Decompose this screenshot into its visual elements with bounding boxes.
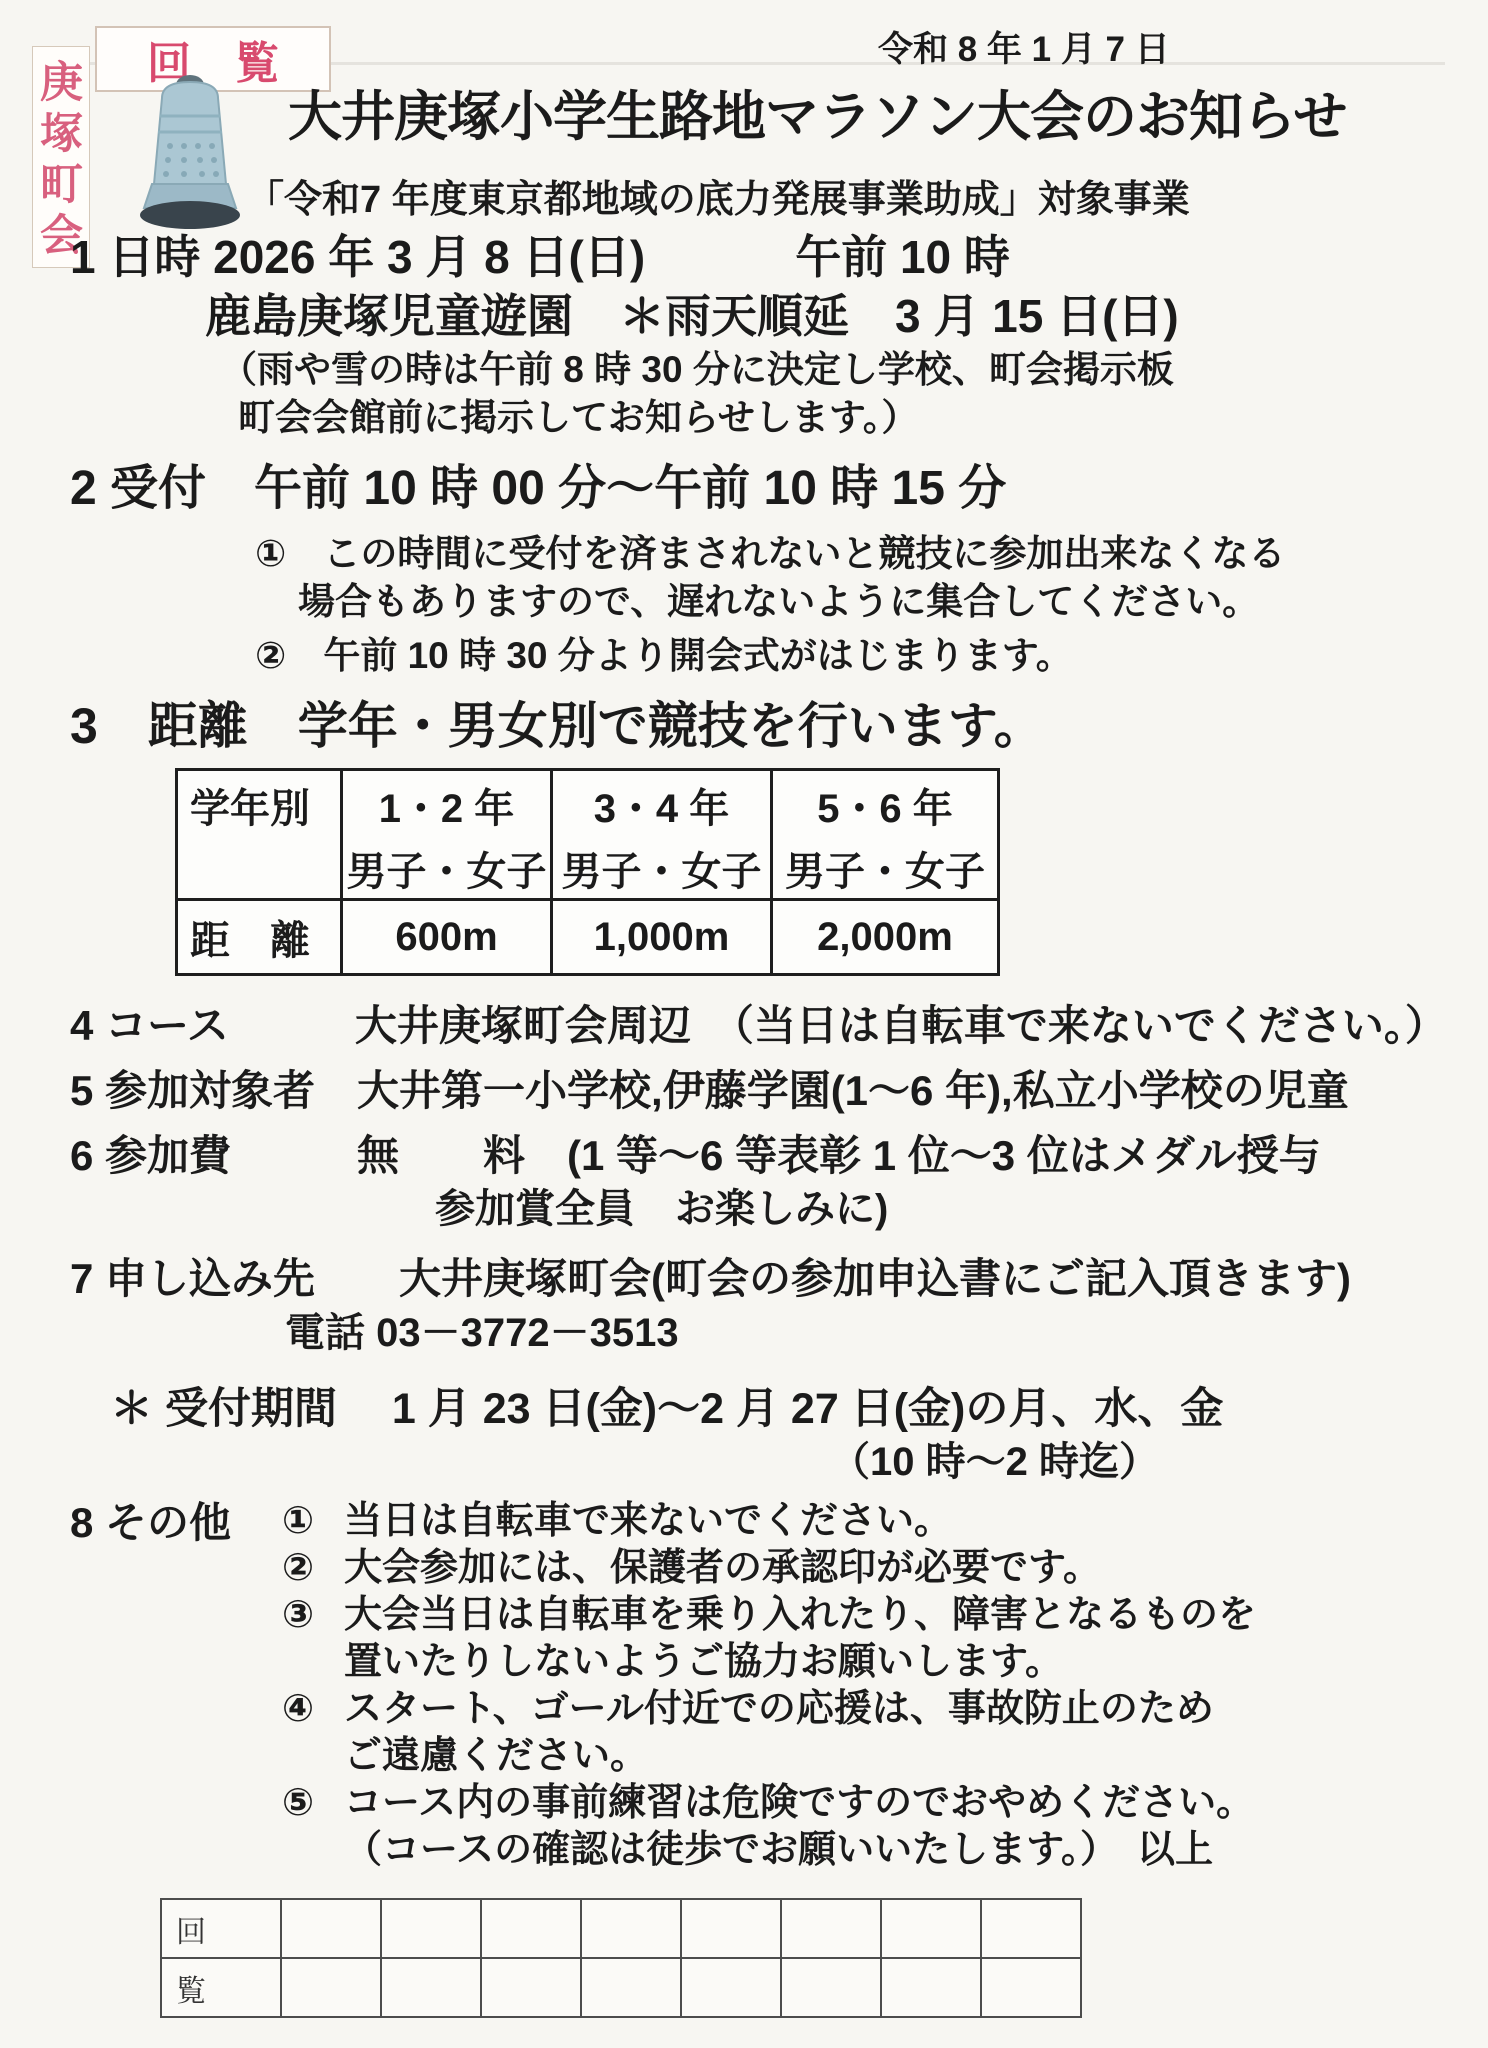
circulation-cell xyxy=(981,1899,1081,1958)
section3-heading: 3 距離 学年・男女別で競技を行います。 xyxy=(70,694,1462,758)
other-item-1: ① 当日は自転車で来ないでください。 xyxy=(282,1498,1462,1545)
circulation-row-1: 回 xyxy=(161,1899,1081,1958)
circulation-row-2: 覧 xyxy=(161,1958,1081,2017)
circulation-table: 回 覧 xyxy=(160,1898,1082,2018)
section1-rain-note-line2: 町会会館前に掲示してお知らせします。） xyxy=(238,394,1462,442)
item-text: 当日は自転車で来ないでください。 xyxy=(344,1500,952,1542)
section6-fee: 6 参加費 無 料 (1 等～6 等表彰 1 位～3 位はメダル授与 xyxy=(70,1128,1462,1183)
item-number: ⑤ xyxy=(282,1780,344,1874)
distance-value-3-4: 1,000m xyxy=(552,900,772,975)
circulation-cell xyxy=(881,1899,981,1958)
circulation-cell xyxy=(781,1958,881,2017)
circulation-cell xyxy=(481,1958,581,2017)
distance-row-label: 距 離 xyxy=(177,900,342,975)
other-item-5: ⑤ コース内の事前練習は危険ですのでおやめください。 （コースの確認は徒歩でお願… xyxy=(282,1780,1462,1874)
notice-body: 1 日時 2026 年 3 月 8 日(日)午前 10 時 鹿島庚塚児童遊園 ＊… xyxy=(70,228,1462,2018)
section7-application: 7 申し込み先 大井庚塚町会(町会の参加申込書にご記入頂きます) xyxy=(70,1251,1462,1306)
header-grade-3-4: 3・4 年 男子・女子 xyxy=(552,770,772,900)
circulation-label-ran: 覧 xyxy=(161,1958,281,2017)
item-text: （コースの確認は徒歩でお願いいたします。） 以上 xyxy=(344,1827,1462,1874)
section5-eligibility: 5 参加対象者 大井第一小学校,伊藤学園(1～6 年),私立小学校の児童 xyxy=(70,1063,1462,1118)
circulation-cell xyxy=(781,1899,881,1958)
table-header-row: 学年別 1・2 年 男子・女子 3・4 年 男子・女子 5・6 年 男子・女子 xyxy=(177,770,999,900)
circulation-cell xyxy=(681,1899,781,1958)
section1-date: 1 日時 2026 年 3 月 8 日(日) xyxy=(70,231,645,283)
item-text: この時間に受付を済まされないと競技に参加出来なくなる xyxy=(323,533,1285,574)
issue-date: 令和 8 年 1 月 7 日 xyxy=(878,22,1170,72)
item-number: ④ xyxy=(282,1686,344,1780)
item-number: ① xyxy=(255,533,286,574)
grade-range: 5・6 年 xyxy=(774,777,996,834)
section1-rain-note-line1: （雨や雪の時は午前 8 時 30 分に決定し学校、町会掲示板 xyxy=(220,346,1462,394)
item-number: ③ xyxy=(282,1592,344,1686)
item-number: ② xyxy=(255,635,286,676)
item-text: 大会参加には、保護者の承認印が必要です。 xyxy=(344,1547,1101,1589)
section1-heading: 1 日時 2026 年 3 月 8 日(日)午前 10 時 xyxy=(70,228,1462,286)
other-item-4: ④ スタート、ゴール付近での応援は、事故防止のため ご遠慮ください。 xyxy=(282,1686,1462,1780)
boys-girls-label: 男子・女子 xyxy=(554,834,769,897)
boys-girls-label: 男子・女子 xyxy=(344,834,549,897)
reception-period: ＊ 受付期間 1 月 23 日(金)～2 月 27 日(金)の月、水、金 xyxy=(110,1380,1462,1438)
circulation-cell xyxy=(481,1899,581,1958)
section8-other: 8 その他 ① 当日は自転車で来ないでください。 ② 大会参加には、保護者の承認… xyxy=(70,1498,1462,1874)
item-text: 置いたりしないようご協力お願いします。 xyxy=(344,1639,1462,1686)
section6-fee-continuation: 参加賞全員 お楽しみに) xyxy=(435,1183,1462,1235)
other-item-2: ② 大会参加には、保護者の承認印が必要です。 xyxy=(282,1545,1462,1592)
item-text: コース内の事前練習は危険ですのでおやめください。 xyxy=(344,1780,1462,1827)
grade-range: 1・2 年 xyxy=(344,777,549,834)
circulation-cell xyxy=(281,1958,381,2017)
section4-course: 4 コース 大井庚塚町会周辺 （当日は自転車で来ないでください。） xyxy=(70,998,1462,1053)
section2-item2: ② 午前 10 時 30 分より開会式がはじまります。 xyxy=(255,632,1462,680)
grade-range: 3・4 年 xyxy=(554,777,769,834)
distance-value-5-6: 2,000m xyxy=(772,900,999,975)
item-text: 大会当日は自転車を乗り入れたり、障害となるものを xyxy=(344,1592,1462,1639)
notice-document-page: 令和 8 年 1 月 7 日 回 覧 庚塚町会 大井庚塚小学生路地マラソン大会の… xyxy=(0,0,1488,2048)
circulation-label-kai: 回 xyxy=(161,1899,281,1958)
distance-table: 学年別 1・2 年 男子・女子 3・4 年 男子・女子 5・6 年 男子・女子 … xyxy=(175,768,1000,976)
circulation-cell xyxy=(381,1958,481,2017)
reception-hours: （10 時～2 時迄） xyxy=(830,1438,1462,1486)
section2-item1-line2: 場合もありますので、遅れないように集合してください。 xyxy=(298,578,1462,626)
section7-phone: 電話 03－3772－3513 xyxy=(285,1306,1462,1360)
header-grade-1-2: 1・2 年 男子・女子 xyxy=(342,770,552,900)
circulation-cell xyxy=(581,1899,681,1958)
item-text: 午前 10 時 30 分より開会式がはじまります。 xyxy=(323,635,1072,676)
item-number: ① xyxy=(282,1498,344,1545)
circulation-cell xyxy=(681,1958,781,2017)
section1-venue: 鹿島庚塚児童遊園 ＊雨天順延 3 月 15 日(日) xyxy=(205,286,1462,346)
item-text: スタート、ゴール付近での応援は、事故防止のため xyxy=(344,1686,1462,1733)
distance-value-1-2: 600m xyxy=(342,900,552,975)
table-distance-row: 距 離 600m 1,000m 2,000m xyxy=(177,900,999,975)
circulation-cell xyxy=(281,1899,381,1958)
circulation-cell xyxy=(581,1958,681,2017)
header-grade-label: 学年別 xyxy=(177,770,342,900)
boys-girls-label: 男子・女子 xyxy=(774,834,996,897)
page-title: 大井庚塚小学生路地マラソン大会のお知らせ xyxy=(288,74,1346,151)
section8-items: ① 当日は自転車で来ないでください。 ② 大会参加には、保護者の承認印が必要です… xyxy=(282,1498,1462,1874)
circulation-cell xyxy=(881,1958,981,2017)
section1-time: 午前 10 時 xyxy=(795,228,1010,286)
item-text: ご遠慮ください。 xyxy=(344,1733,1462,1780)
circulation-cell xyxy=(981,1958,1081,2017)
section2-heading: 2 受付 午前 10 時 00 分～午前 10 時 15 分 xyxy=(70,458,1462,520)
header-grade-5-6: 5・6 年 男子・女子 xyxy=(772,770,999,900)
item-number: ② xyxy=(282,1545,344,1592)
page-subtitle: 「令和7 年度東京都地域の底力発展事業助成」対象事業 xyxy=(246,168,1190,223)
circulation-cell xyxy=(381,1899,481,1958)
section8-heading: 8 その他 xyxy=(70,1498,282,1874)
section2-item1-line1: ① この時間に受付を済まされないと競技に参加出来なくなる xyxy=(255,530,1462,578)
other-item-3: ③ 大会当日は自転車を乗り入れたり、障害となるものを 置いたりしないようご協力お… xyxy=(282,1592,1462,1686)
